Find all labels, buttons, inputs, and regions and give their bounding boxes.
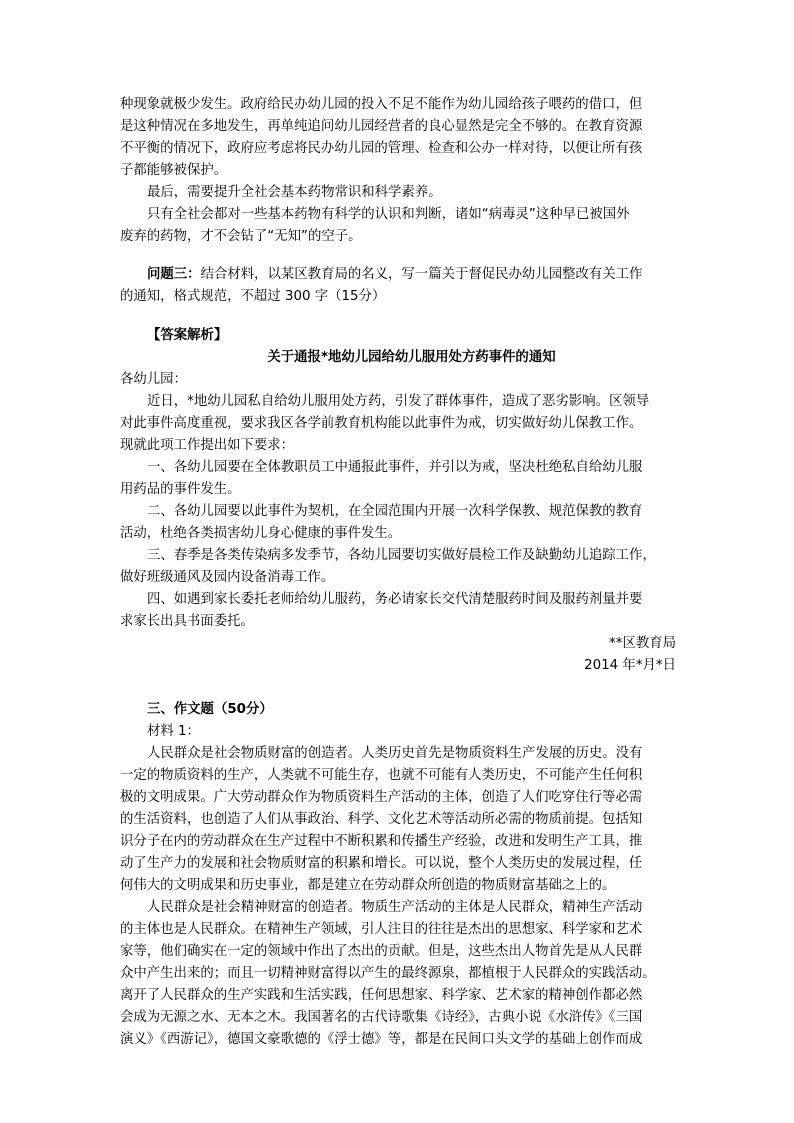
signature: **区教育局: [120, 633, 676, 655]
spacer: [120, 677, 676, 699]
text-line: 离开了人民群众的生产实践和生活实践，任何思想家、科学家、艺术家的精神创作都必然: [120, 985, 676, 1007]
text-line: 四、如遇到家长委托老师给幼儿服药，务必请家长交代清楚服药时间及服药剂量并要: [120, 589, 676, 611]
answer-heading: 【答案解析】: [120, 325, 676, 347]
text-line: 极的文明成果。广大劳动群众作为物质资料生产活动的主体，创造了人们吃穿住行等必需: [120, 787, 676, 809]
essay-paragraph-1: 人民群众是社会物质财富的创造者。人类历史首先是物质资料生产发展的历史。没有 一定…: [120, 743, 676, 897]
essay-heading: 三、作文题（50分）: [120, 699, 676, 721]
spacer: [120, 248, 676, 264]
text-line: 人民群众是社会物质财富的创造者。人类历史首先是物质资料生产发展的历史。没有: [120, 743, 676, 765]
text-line: 废弃的药物，才不会钻了“无知”的空子。: [120, 226, 676, 248]
text-line: 一、各幼儿园要在全体教职员工中通报此事件，并引以为戒，坚决杜绝私自给幼儿服: [120, 457, 676, 479]
text-line: 一定的物质资料的生产，人类就不可能生存，也就不可能有人类历史，不可能产生任何积: [120, 765, 676, 787]
text-line: 众中产生出来的；而且一切精神财富得以产生的最终源泉，都植根于人民群众的实践活动。: [120, 963, 676, 985]
text-line: 三、春季是各类传染病多发季节，各幼儿园要切实做好晨检工作及缺勤幼儿追踪工作，: [120, 545, 676, 567]
text-line: 对此事件高度重视，要求我区各学前教育机构能以此事件为戒，切实做好幼儿保教工作。: [120, 413, 676, 435]
text-line: 二、各幼儿园要以此事件为契机，在全园范围内开展一次科学保教、规范保教的教育: [120, 501, 676, 523]
text-line: 活动，杜绝各类损害幼儿身心健康的事件发生。: [120, 523, 676, 545]
text-line: 子都能够被保护。: [120, 160, 676, 182]
text-line: 近日，*地幼儿园私自给幼儿服用处方药，引发了群体事件，造成了恶劣影响。区领导: [120, 391, 676, 413]
text-line: 用药品的事件发生。: [120, 479, 676, 501]
requirement-item: 一、各幼儿园要在全体教职员工中通报此事件，并引以为戒，坚决杜绝私自给幼儿服 用药…: [120, 457, 676, 501]
text-line: 识分子在内的劳动群众在生产过程中不断积累和传播生产经验，改进和发明生产工具，推: [120, 831, 676, 853]
salutation: 各幼儿园：: [120, 369, 676, 391]
paragraph-continuation: 种现象就极少发生。政府给民办幼儿园的投入不足不能作为幼儿园给孩子喂药的借口，但 …: [120, 94, 676, 182]
paragraph-finally: 最后，需要提升全社会基本药物常识和科学素养。: [120, 182, 676, 204]
paragraph-conclusion: 只有全社会都对一些基本药物有科学的认识和判断，诸如“病毒灵”这种早已被国外 废弃…: [120, 204, 676, 248]
requirement-item: 三、春季是各类传染病多发季节，各幼儿园要切实做好晨检工作及缺勤幼儿追踪工作， 做…: [120, 545, 676, 589]
text-line: 的主体也是人民群众。在精神生产领域，引人注目的往往是杰出的思想家、科学家和艺术: [120, 919, 676, 941]
question-three: 问题三：结合材料，以某区教育局的名义，写一篇关于督促民办幼儿园整改有关工作 的通…: [120, 264, 676, 308]
text-line: 只有全社会都对一些基本药物有科学的认识和判断，诸如“病毒灵”这种早已被国外: [120, 204, 676, 226]
answer-section: 【答案解析】 关于通报*地幼儿园给幼儿服用处方药事件的通知 各幼儿园： 近日，*…: [120, 325, 676, 677]
question-label: 问题三：: [147, 267, 201, 282]
spacer: [120, 308, 676, 325]
text-line: 是这种情况在多地发生，再单纯追问幼儿园经营者的良心显然是完全不够的。在教育资源: [120, 116, 676, 138]
essay-section: 三、作文题（50分） 材料 1： 人民群众是社会物质财富的创造者。人类历史首先是…: [120, 699, 676, 1051]
text-line: 现就此项工作提出如下要求：: [120, 435, 676, 457]
document-page: 种现象就极少发生。政府给民办幼儿园的投入不足不能作为幼儿园给孩子喂药的借口，但 …: [120, 94, 676, 1051]
essay-paragraph-2: 人民群众是社会精神财富的创造者。物质生产活动的主体是人民群众，精神生产活动 的主…: [120, 897, 676, 1051]
text-line: 做好班级通风及园内设备消毒工作。: [120, 567, 676, 589]
text-line: 家等，他们确实在一定的领域中作出了杰出的贡献。但是，这些杰出人物首先是从人民群: [120, 941, 676, 963]
material-label: 材料 1：: [120, 721, 676, 743]
text-line: 问题三：结合材料，以某区教育局的名义，写一篇关于督促民办幼儿园整改有关工作: [120, 264, 676, 286]
text-line: 人民群众是社会精神财富的创造者。物质生产活动的主体是人民群众，精神生产活动: [120, 897, 676, 919]
text-line: 的生活资料，也创造了人们从事政治、科学、文化艺术等活动所必需的物质前提。包括知: [120, 809, 676, 831]
requirement-item: 二、各幼儿园要以此事件为契机，在全园范围内开展一次科学保教、规范保教的教育 活动…: [120, 501, 676, 545]
text-line: 的通知，格式规范，不超过 300 字（15分）: [120, 286, 676, 308]
text-line: 种现象就极少发生。政府给民办幼儿园的投入不足不能作为幼儿园给孩子喂药的借口，但: [120, 94, 676, 116]
text-line: 会成为无源之水、无本之木。我国著名的古代诗歌集《诗经》，古典小说《水浒传》《三国: [120, 1007, 676, 1029]
text-line: 动了生产力的发展和社会物质财富的积累和增长。可以说，整个人类历史的发展过程，任: [120, 853, 676, 875]
notice-title: 关于通报*地幼儿园给幼儿服用处方药事件的通知: [120, 347, 676, 369]
text-line: 不平衡的情况下，政府应考虑将民办幼儿园的管理、检查和公办一样对待，以便让所有孩: [120, 138, 676, 160]
text-line: 求家长出具书面委托。: [120, 611, 676, 633]
question-text: 结合材料，以某区教育局的名义，写一篇关于督促民办幼儿园整改有关工作: [201, 267, 643, 282]
requirement-item: 四、如遇到家长委托老师给幼儿服药，务必请家长交代清楚服药时间及服药剂量并要 求家…: [120, 589, 676, 633]
text-line: 演义》《西游记》，德国文豪歌德的《浮士德》等，都是在民间口头文学的基础上创作而成: [120, 1029, 676, 1051]
text-line: 何伟大的文明成果和历史事业，都是建立在劳动群众所创造的物质财富基础之上的。: [120, 875, 676, 897]
date: 2014 年*月*日: [120, 655, 676, 677]
